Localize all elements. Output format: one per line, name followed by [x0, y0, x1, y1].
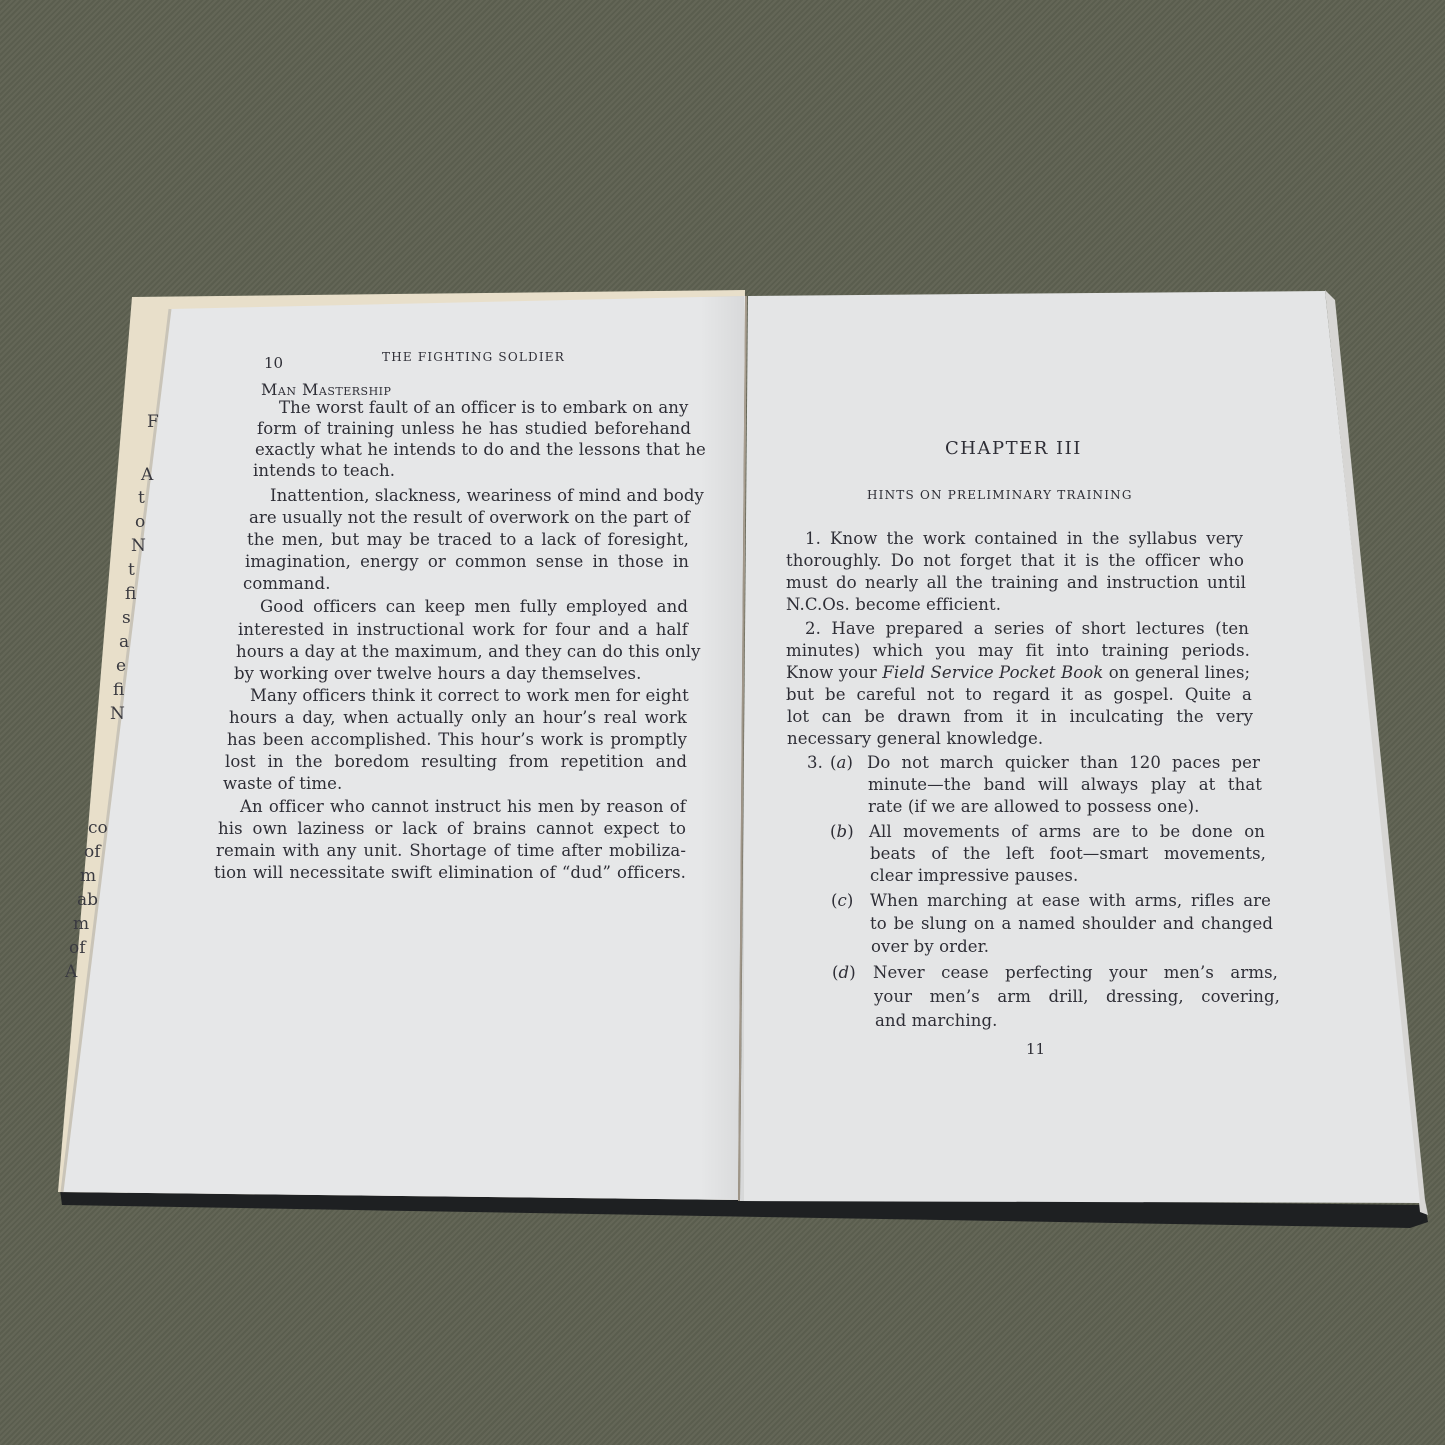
page-number-right: 11 [1026, 1040, 1045, 1058]
text-line: clear impressive pauses. [870, 866, 1078, 885]
text-line: 1. Know the work contained in the syllab… [805, 529, 1243, 548]
text-line: must do nearly all the training and inst… [786, 573, 1246, 592]
label-letter: d [839, 963, 850, 982]
label-letter: b [837, 822, 848, 841]
text-line: to be slung on a named shoulder and chan… [870, 914, 1273, 933]
chapter-title: CHAPTER III [945, 438, 1082, 459]
sub-item-label: (d) [832, 963, 856, 982]
sub-item-label: (b) [830, 822, 854, 841]
sub-item-label: (a) [830, 753, 853, 772]
text-line: and marching. [875, 1011, 998, 1030]
book-title-italic: Field Service Pocket Book [882, 663, 1103, 682]
chapter-subtitle: HINTS ON PRELIMINARY TRAINING [867, 488, 1133, 502]
text-line: Do not march quicker than 120 paces per [867, 753, 1260, 772]
text-line: necessary general knowledge. [787, 729, 1043, 748]
text-fragment: Know your [786, 663, 882, 682]
text-line: thoroughly. Do not forget that it is the… [786, 551, 1244, 570]
right-page-content: CHAPTER III HINTS ON PRELIMINARY TRAININ… [0, 0, 1445, 1445]
text-line: N.C.Os. become efficient. [786, 595, 1001, 614]
text-line: your men’s arm drill, dressing, covering… [874, 987, 1280, 1006]
text-line: but be careful not to regard it as gospe… [786, 685, 1252, 704]
text-line: When marching at ease with arms, rifles … [870, 891, 1271, 910]
label-letter: c [838, 891, 847, 910]
text-line: minute—the band will always play at that [868, 775, 1262, 794]
text-line: over by order. [871, 937, 989, 956]
text-fragment: on general lines; [1103, 663, 1250, 682]
text-line: Never cease perfecting your men’s arms, [873, 963, 1278, 982]
text-line: beats of the left foot—smart movements, [870, 844, 1266, 863]
text-line: All movements of arms are to be done on [869, 822, 1265, 841]
label-letter: a [837, 753, 847, 772]
text-line: 2. Have prepared a series of short lectu… [805, 619, 1249, 638]
text-line: minutes) which you may fit into training… [786, 641, 1250, 660]
text-line: rate (if we are allowed to possess one). [868, 797, 1200, 816]
text-line-with-italic: Know your Field Service Pocket Book on g… [786, 663, 1250, 682]
sub-item-label: (c) [831, 891, 853, 910]
text-line: lot can be drawn from it in inculcating … [787, 707, 1253, 726]
item-number: 3. [807, 753, 823, 772]
